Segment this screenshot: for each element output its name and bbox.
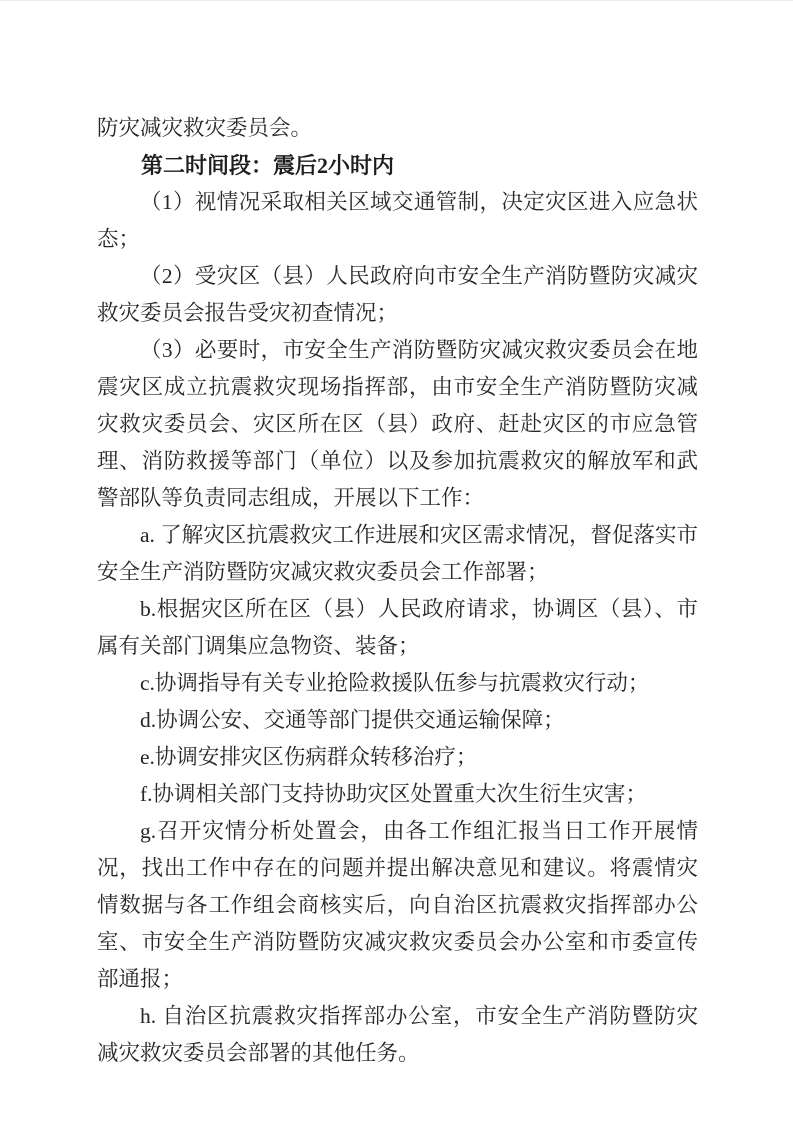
paragraph-item-1: （1）视情况采取相关区域交通管制，决定灾区进入应急状态；: [97, 184, 698, 258]
paragraph-item-2: （2）受灾区（县）人民政府向市安全生产消防暨防灾减灾救灾委员会报告受灾初查情况；: [97, 258, 698, 332]
continuation-line: 防灾减灾救灾委员会。: [97, 110, 698, 147]
paragraph-task-h: h. 自治区抗震救灾指挥部办公室，市安全生产消防暨防灾减灾救灾委员会部署的其他任…: [97, 998, 698, 1072]
paragraph-task-g: g.召开灾情分析处置会，由各工作组汇报当日工作开展情况，找出工作中存在的问题并提…: [97, 813, 698, 998]
section-heading-second-phase: 第二时间段：震后2小时内: [97, 147, 698, 184]
paragraph-task-a: a. 了解灾区抗震救灾工作进展和灾区需求情况，督促落实市安全生产消防暨防灾减灾救…: [97, 517, 698, 591]
paragraph-task-b: b.根据灾区所在区（县）人民政府请求，协调区（县）、市属有关部门调集应急物资、装…: [97, 591, 698, 665]
paragraph-item-3: （3）必要时，市安全生产消防暨防灾减灾救灾委员会在地震灾区成立抗震救灾现场指挥部…: [97, 332, 698, 517]
paragraph-task-e: e.协调安排灾区伤病群众转移治疗；: [97, 739, 698, 776]
document-body: 防灾减灾救灾委员会。 第二时间段：震后2小时内 （1）视情况采取相关区域交通管制…: [97, 110, 698, 1072]
paragraph-task-c: c.协调指导有关专业抢险救援队伍参与抗震救灾行动；: [97, 665, 698, 702]
document-page: 防灾减灾救灾委员会。 第二时间段：震后2小时内 （1）视情况采取相关区域交通管制…: [0, 1, 793, 1123]
paragraph-task-d: d.协调公安、交通等部门提供交通运输保障；: [97, 702, 698, 739]
paragraph-task-f: f.协调相关部门支持协助灾区处置重大次生衍生灾害；: [97, 776, 698, 813]
